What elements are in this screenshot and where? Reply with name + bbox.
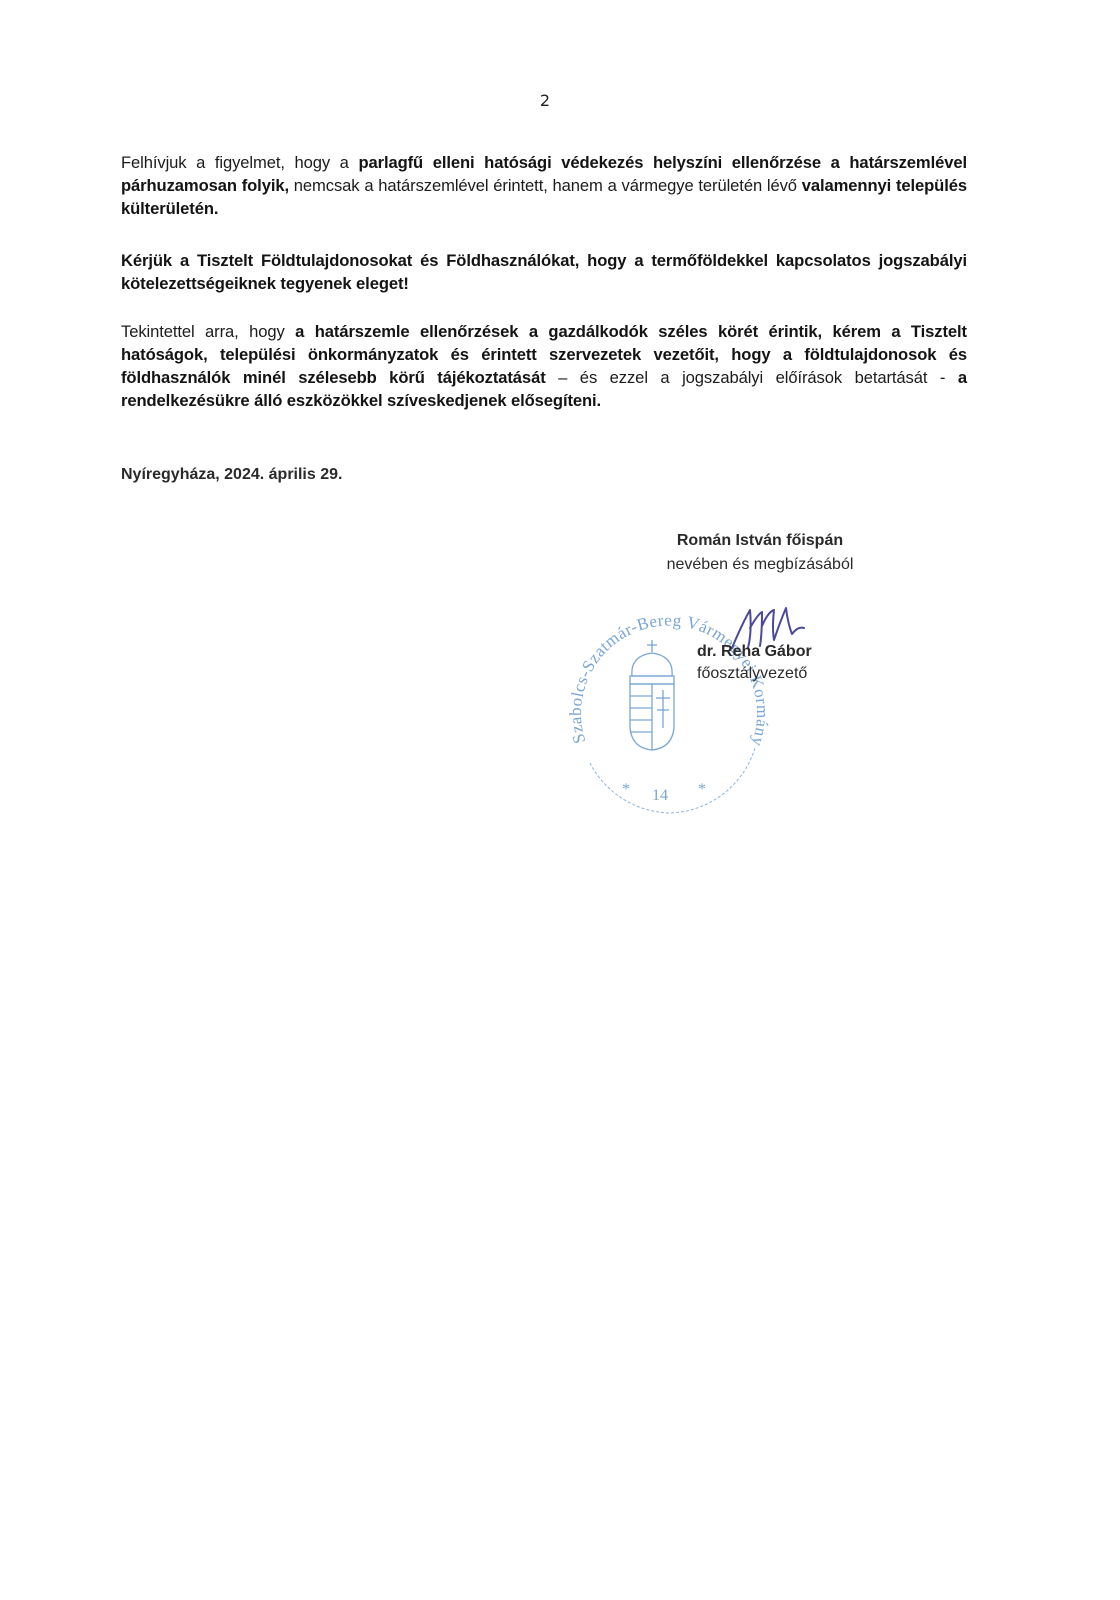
bold-text-run: Kérjük a Tisztelt Földtulajdonosokat és … (121, 251, 967, 293)
text-run: nemcsak a határszemlével érintett, hanem… (289, 176, 802, 195)
signer-name: dr. Reha Gábor (697, 643, 812, 661)
paragraph-landowner-request: Kérjük a Tisztelt Földtulajdonosokat és … (121, 249, 967, 295)
signer-title: főosztályvezető (697, 665, 807, 683)
stamp-star-right: * (698, 781, 706, 798)
stamp-number: 14 (652, 787, 668, 804)
page-number: 2 (0, 91, 1090, 110)
on-behalf-note: nevében és megbízásából (640, 556, 880, 574)
paragraph-ragweed-inspection: Felhívjuk a figyelmet, hogy a parlagfű e… (121, 151, 967, 220)
text-run: – és ezzel a jogszabályi előírások betar… (546, 368, 958, 387)
text-run: Felhívjuk a figyelmet, hogy a (121, 153, 358, 172)
place-date: Nyíregyháza, 2024. április 29. (121, 466, 342, 484)
paragraph-authority-request: Tekintettel arra, hogy a határszemle ell… (121, 320, 967, 412)
stamp-star-left: * (622, 781, 630, 798)
on-behalf-name: Román István főispán (640, 532, 880, 550)
coat-of-arms-icon (630, 640, 674, 750)
text-run: Tekintettel arra, hogy (121, 322, 295, 341)
